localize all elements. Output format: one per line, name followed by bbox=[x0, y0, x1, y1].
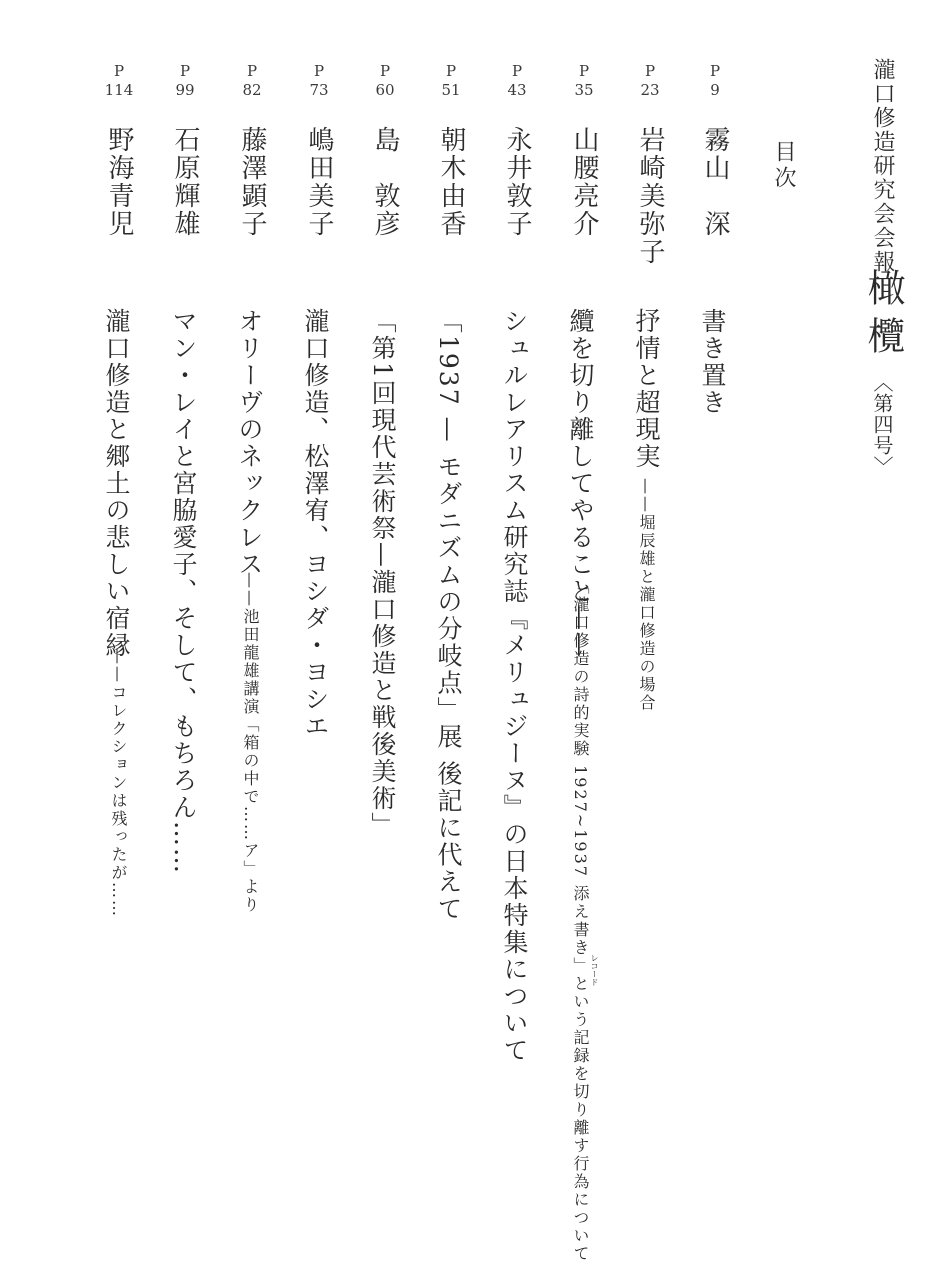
author-name: 永井敦子 bbox=[504, 126, 530, 238]
author-name: 藤澤顕子 bbox=[239, 126, 265, 238]
author-name: 霧山 深 bbox=[702, 126, 728, 238]
journal-issue: 〈第四号〉 bbox=[872, 372, 892, 477]
entry-subtitle: 「瀧口修造の詩的実験 1927~1937 添え書き」という記録を切り離す行為につ… bbox=[572, 578, 588, 1263]
entry-title: 瀧口修造と郷土の悲しい宿縁 bbox=[104, 308, 129, 659]
page-number: P35 bbox=[562, 62, 606, 100]
author-name: 石原輝雄 bbox=[172, 126, 198, 238]
journal-title: 橄欖 bbox=[864, 268, 902, 364]
entry-title: 抒情と超現実 bbox=[634, 308, 659, 470]
page-number: P23 bbox=[628, 62, 672, 100]
page-number: P51 bbox=[429, 62, 473, 100]
page-number: P114 bbox=[97, 62, 141, 100]
entry-title: 「第1回現代芸術祭—瀧口修造と戦後美術」 bbox=[370, 308, 395, 839]
ruby-annotation: レコード bbox=[590, 954, 598, 986]
entry-subtitle: ——コレクションは残ったが…… bbox=[110, 648, 126, 918]
entry-subtitle: ——池田龍雄講演「箱の中で……ア」より bbox=[242, 572, 258, 914]
entry-title: 「1937 — モダニズムの分岐点」展 後記に代えて bbox=[436, 308, 461, 922]
entry-subtitle: ——堀辰雄と瀧口修造の場合 bbox=[638, 478, 654, 712]
toc-heading: 目次 bbox=[772, 140, 794, 192]
entry-title: シュルレアリスム研究誌『メリュジーヌ』の日本特集について bbox=[502, 308, 527, 1064]
author-name: 岩崎美弥子 bbox=[637, 126, 663, 266]
author-name: 山腰亮介 bbox=[571, 126, 597, 238]
page-number: P82 bbox=[230, 62, 274, 100]
author-name: 島 敦彦 bbox=[372, 126, 398, 238]
entry-title: 書き置き bbox=[700, 308, 725, 416]
author-name: 嶋田美子 bbox=[306, 126, 332, 238]
page-number: P73 bbox=[297, 62, 341, 100]
entry-title: 瀧口修造、松澤宥、ヨシダ・ヨシエ bbox=[303, 308, 328, 740]
author-name: 野海青児 bbox=[106, 126, 132, 238]
entry-title: オリーヴのネックレス bbox=[237, 308, 262, 578]
page-number: P43 bbox=[495, 62, 539, 100]
author-name: 朝木由香 bbox=[438, 126, 464, 238]
page-number: P60 bbox=[363, 62, 407, 100]
page-number: P99 bbox=[163, 62, 207, 100]
entry-title: マン・レイと宮脇愛子、そして、もちろん…… bbox=[171, 308, 196, 875]
page-number: P9 bbox=[693, 62, 737, 100]
journal-name: 瀧口修造研究会会報 bbox=[871, 58, 893, 274]
